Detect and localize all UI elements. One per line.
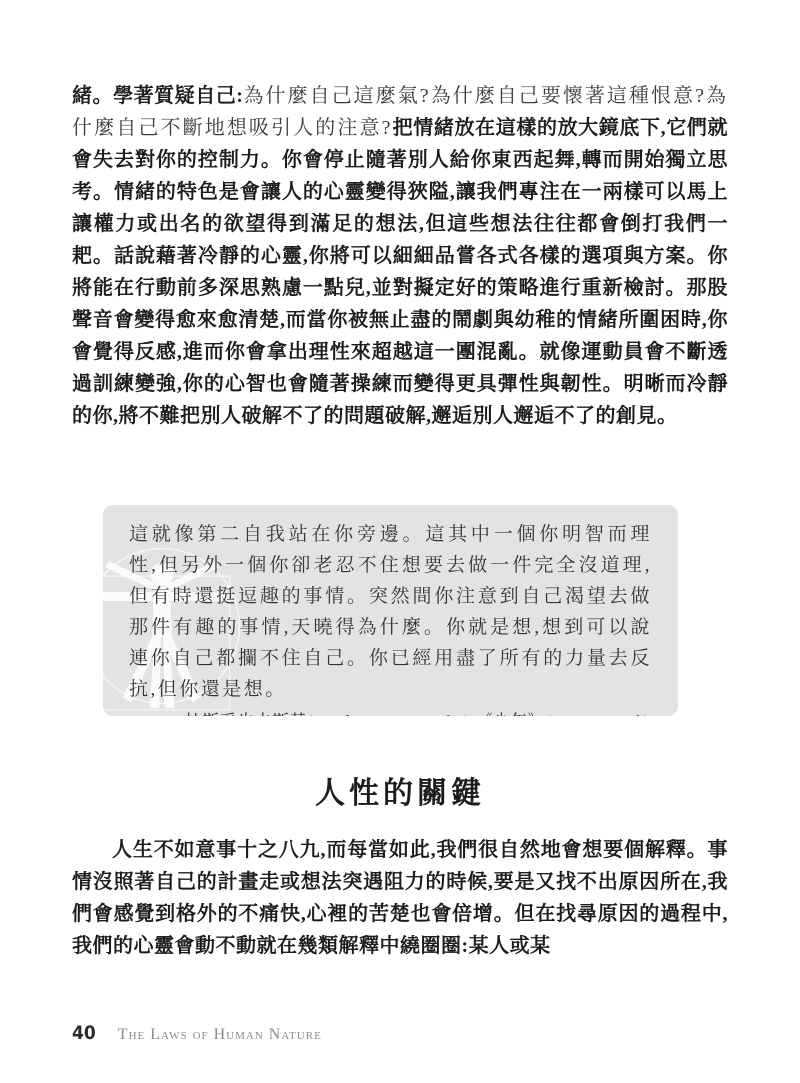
quote-attribution-suffix: ) [644, 712, 650, 716]
quote-attribution: ——杜斯妥也夫斯基(Fyodor Dostoyevsky),《少年》(A Raw… [129, 707, 652, 716]
section-heading: 人性的關鍵 [0, 768, 800, 812]
quote-text: 這就像第二自我站在你旁邊。這其中一個你明智而理性,但另外一個你卻老忍不住想要去做… [129, 519, 652, 705]
body-paragraph-1: 緒。學著質疑自己:為什麼自己這麼氣?為什麼自己要懷著這種恨意?為什麼自己不斷地想… [72, 80, 728, 432]
quote-box: 這就像第二自我站在你旁邊。這其中一個你明智而理性,但另外一個你卻老忍不住想要去做… [103, 505, 678, 716]
footer-book-title: The Laws of Human Nature [118, 1026, 322, 1044]
footer-page-number: 40 [72, 1022, 96, 1044]
book-page: 緒。學著質疑自己:為什麼自己這麼氣?為什麼自己要懷著這種恨意?為什麼自己不斷地想… [0, 0, 800, 1083]
page-footer: 40 The Laws of Human Nature [72, 1022, 322, 1044]
paragraph1-ming-lead: 緒。學著質疑自己: [72, 85, 243, 107]
paragraph1-ming-body: 把情緒放在這樣的放大鏡底下,它們就會失去對你的控制力。你會停止隨著別人給你東西起… [72, 117, 728, 427]
quote-attribution-prefix: ——杜斯妥也夫斯基(Fyodor Dostoyevsky),《少年》( [150, 712, 552, 716]
quote-attribution-work-title: A Raw Youth [551, 712, 643, 716]
body-paragraph-2: 人生不如意事十之八九,而每當如此,我們很自然地會想要個解釋。事情沒照著自己的計畫… [72, 834, 728, 962]
